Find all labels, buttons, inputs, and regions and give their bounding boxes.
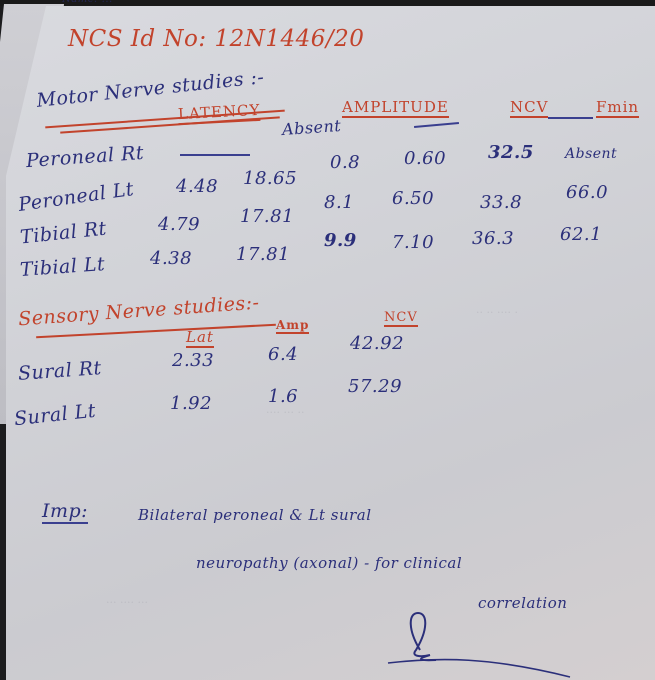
cell-lat-prox: 18.65 [243, 168, 297, 189]
signature-icon [380, 605, 580, 680]
cell-amp-distal: 0.8 [330, 152, 360, 173]
cell-fmin: Absent [565, 146, 617, 162]
header-fmin: Fmin [596, 98, 639, 118]
cell-sensory-amp: 1.6 [268, 386, 298, 407]
report-paper: ·· ·· ···· · ···· ··· ·· ··· ···· ··· [6, 6, 655, 680]
cell-amp-prox-row2: 6.50 [392, 188, 434, 209]
impression-line-2: neuropathy (axonal) - for clinical [196, 554, 462, 572]
bleed-through-text: ··· ···· ··· [106, 596, 148, 609]
ncs-id-title: NCS Id No: 12N1446/20 [68, 26, 364, 52]
header-amplitude: AMPLITUDE [342, 98, 449, 118]
impression-label: Imp: [42, 500, 88, 524]
sensory-header-amp: Amp [276, 318, 309, 334]
bleed-through-text: ·· ·· ···· · [476, 306, 518, 319]
cell-fmin-row3: 62.1 [560, 224, 602, 245]
sensory-header-ncv: NCV [384, 310, 418, 327]
cell-ncv-row3: 36.3 [472, 228, 514, 249]
cell-lat-prox: 17.81 [240, 206, 294, 227]
bleed-through-text: ···· ··· ·· [266, 406, 304, 419]
cell-sensory-lat: 2.33 [172, 350, 214, 371]
header-dash [548, 117, 593, 119]
cell-ncv-row2: 33.8 [480, 192, 522, 213]
cell-lat-distal: 4.38 [150, 248, 192, 269]
header-ncv: NCV [510, 98, 548, 118]
cell-amp-distal-row3: 9.9 [324, 230, 357, 251]
sensory-header-lat: Lat [186, 328, 214, 348]
impression-line-1: Bilateral peroneal & Lt sural [138, 506, 372, 524]
cell-ncv: 32.5 [488, 142, 534, 163]
cell-sensory-ncv: 57.29 [348, 376, 402, 397]
cell-lat-distal: 4.79 [158, 214, 200, 235]
cell-lat-prox: 17.81 [236, 244, 290, 265]
cell-amp-prox: 0.60 [404, 148, 446, 169]
cell-amp-distal-row2: 8.1 [324, 192, 354, 213]
cell-sensory-ncv: 42.92 [350, 333, 404, 354]
cell-fmin-row2: 66.0 [566, 182, 608, 203]
cell-sensory-lat: 1.92 [170, 393, 212, 414]
absent-dash [180, 154, 250, 156]
cell-sensory-amp: 6.4 [268, 344, 298, 365]
header-fragment: Name: ... [62, 0, 113, 5]
cell-lat-distal: 4.48 [176, 176, 218, 197]
cell-amp-prox-row3: 7.10 [392, 232, 434, 253]
